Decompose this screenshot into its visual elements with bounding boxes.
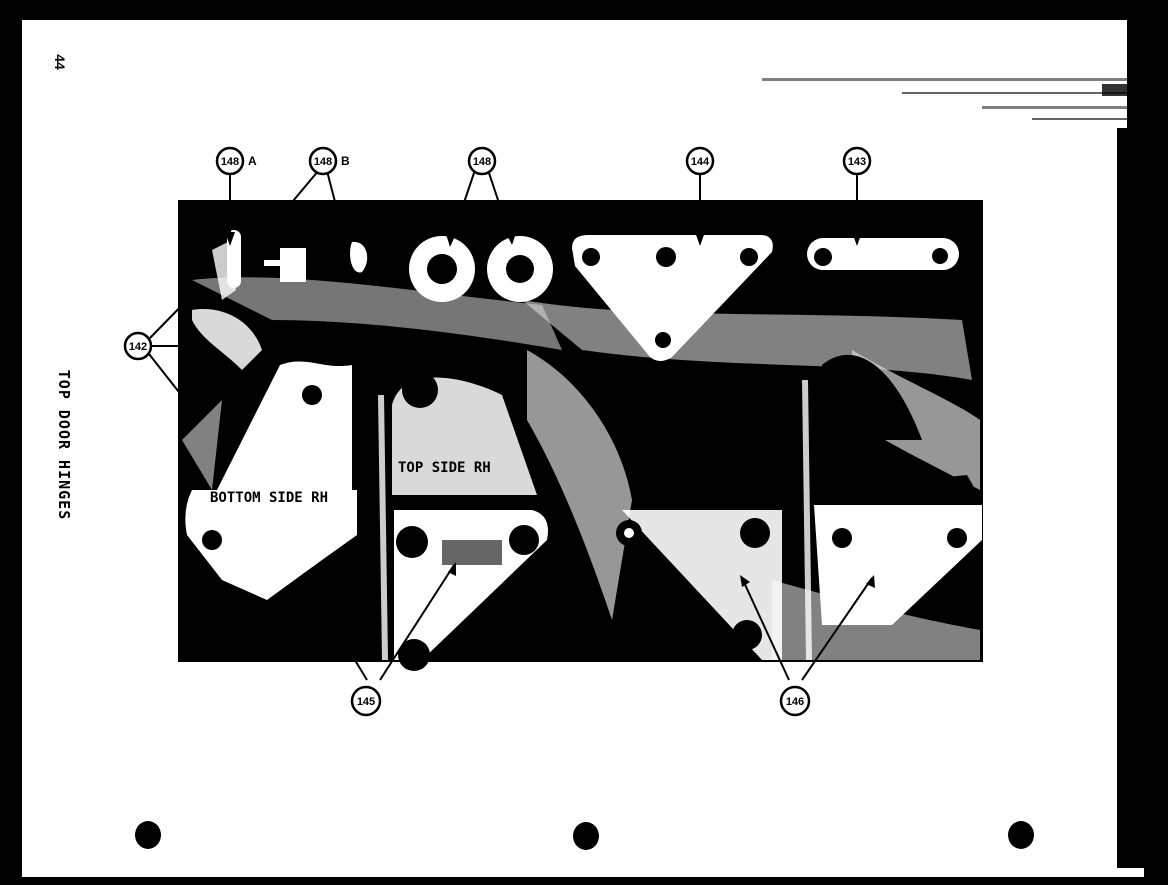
callout-146: 146	[781, 687, 809, 715]
callout-148A: 148 A	[217, 148, 257, 174]
callout-148: 148	[469, 148, 495, 174]
binder-hole-center	[573, 822, 599, 850]
binder-hole-right	[1008, 821, 1034, 849]
svg-text:148: 148	[314, 156, 332, 168]
label-bottom-side-lh: BOTTOM SIDE LH	[820, 491, 938, 507]
catalog-page: 44 TOP DOOR HINGES	[22, 20, 1144, 877]
svg-text:148: 148	[221, 156, 239, 168]
svg-text:A: A	[248, 154, 257, 168]
callout-148B: 148 B	[310, 148, 350, 174]
callout-142: 142	[125, 333, 151, 359]
svg-text:144: 144	[691, 156, 710, 168]
callout-143: 143	[844, 148, 870, 174]
svg-text:B: B	[341, 154, 350, 168]
svg-text:146: 146	[786, 696, 804, 708]
callout-145: 145	[352, 687, 380, 715]
callout-144: 144	[687, 148, 713, 174]
svg-text:143: 143	[848, 156, 866, 168]
label-top-side-rh: TOP SIDE RH	[398, 460, 491, 476]
parts-diagram: BOTTOM SIDE RH TOP SIDE RH TOP SIDE LH B…	[22, 20, 1144, 877]
label-top-side-lh: TOP SIDE LH	[670, 456, 763, 472]
binder-hole-left	[135, 821, 161, 849]
hinge-photo	[178, 200, 983, 671]
label-bottom-side-rh: BOTTOM SIDE RH	[210, 490, 328, 506]
svg-text:148: 148	[473, 156, 491, 168]
svg-text:145: 145	[357, 696, 375, 708]
binder-holes	[135, 821, 1034, 850]
svg-text:142: 142	[129, 341, 147, 353]
